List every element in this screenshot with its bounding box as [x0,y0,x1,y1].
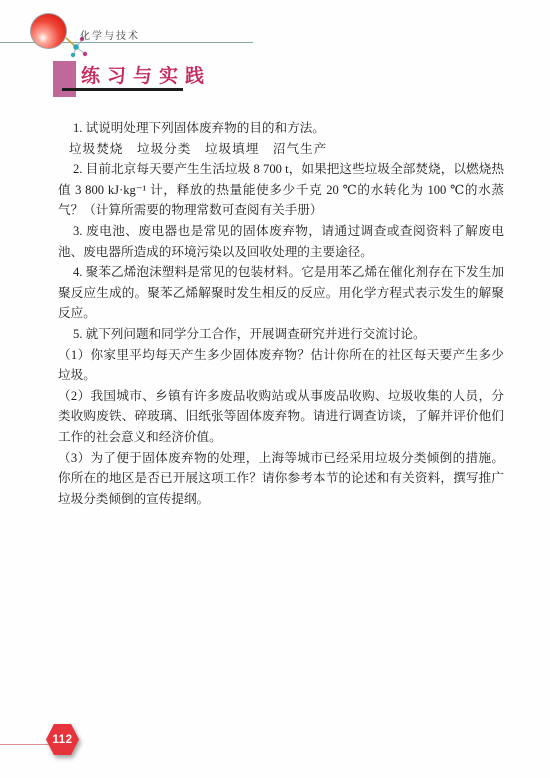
section-title-underline [62,88,183,91]
question-4: 4. 聚苯乙烯泡沫塑料是常见的包装材料。它是用苯乙烯在催化剂存在下发生加聚反应生… [58,262,504,324]
book-series-label: 化学与技术 [80,27,140,42]
page-number-badge: 112 [46,724,79,755]
question-1: 1. 试说明处理下列固体废弃物的目的和方法。 [58,118,504,139]
molecule-sphere-icon [30,13,67,49]
exercises-body: 1. 试说明处理下列固体废弃物的目的和方法。 垃圾焚烧 垃圾分类 垃圾填埋 沼气… [58,118,504,509]
question-3: 3. 废电池、废电器也是常见的固体废弃物，请通过调查或查阅资料了解废电池、废电器… [58,221,504,262]
question-5: 5. 就下列问题和同学分工合作，开展调查研究并进行交流讨论。 [58,324,504,345]
footer-rule [0,744,50,745]
page-number: 112 [46,724,79,755]
question-2: 2. 目前北京每天要产生生活垃圾 8 700 t，如果把这些垃圾全部焚烧，以燃烧… [58,159,504,221]
section-title-block [53,61,76,97]
question-1-options: 垃圾焚烧 垃圾分类 垃圾填埋 沼气生产 [58,139,504,160]
section-title: 练习与实践 [81,61,211,88]
question-5-item-1: （1）你家里平均每天产生多少固体废弃物？估计你所在的社区每天要产生多少垃圾。 [58,345,504,386]
question-5-item-3: （3）为了便于固体废弃物的处理，上海等城市已经采用垃圾分类倾倒的措施。你所在的地… [58,448,504,510]
textbook-page: 化学与技术 练习与实践 1. 试说明处理下列固体废弃物的目的和方法。 垃圾焚烧 … [0,0,550,778]
question-5-item-2: （2）我国城市、乡镇有许多废品收购站或从事废品收购、垃圾收集的人员，分类收购废铁… [58,386,504,448]
